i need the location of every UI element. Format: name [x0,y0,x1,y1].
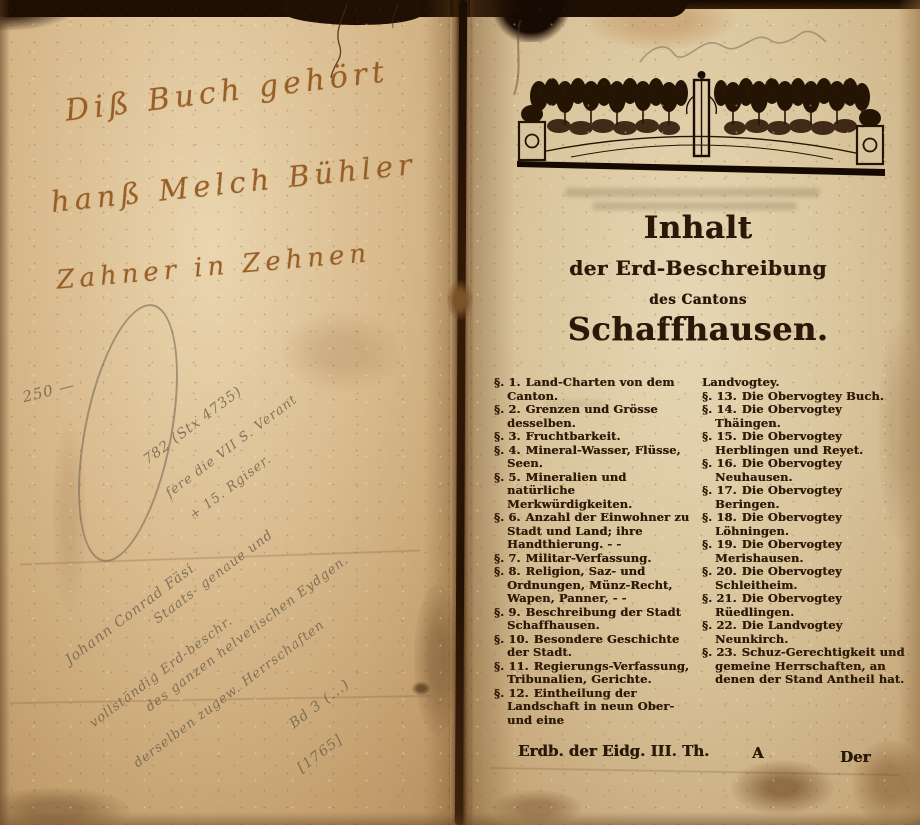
toc-entry-number: §. 10. [494,632,529,646]
toc-entry-text: Beschreibung der Stadt Schaffhausen. [507,605,681,633]
bleed-through-text [592,202,797,210]
toc-entry-text: Schuz-Gerechtigkeit und gemeine Herrscha… [715,645,905,686]
toc-entry: §. 8.Religion, Saz- und Ordnungen, Münz-… [494,565,694,606]
toc-entry-text: Grenzen und Grösse desselben. [507,402,658,430]
toc-entry: §. 1.Land-Charten von dem Canton. [494,376,694,403]
toc-entry: §. 15.Die Obervogtey Herblingen und Reye… [702,430,908,457]
toc-entry-text: Mineralien und natürliche Merkwürdigkeit… [507,470,632,511]
footer-edition-abbreviation: Erdb. der Eidg. III. Th. [518,742,709,760]
toc-entry-number: §. 19. [702,537,737,551]
page-title-inhalt: Inhalt [480,210,916,246]
toc-entry: §. 3.Fruchtbarkeit. [494,430,694,444]
toc-entry: §. 21.Die Obervogtey Rüedlingen. [702,592,908,619]
toc-entry-number: §. 13. [702,389,737,403]
toc-entry-number: §. 3. [494,429,521,443]
toc-entry-text: Fruchtbarkeit. [526,429,621,443]
toc-entry: §. 7.Militar-Verfassung. [494,552,694,566]
toc-entry-text: Landvogtey. [702,375,779,389]
toc-entry-number: §. 2. [494,402,521,416]
toc-entry-number: §. 16. [702,456,737,470]
toc-entry-number: §. 4. [494,443,521,457]
toc-entry-text: Besondere Geschichte der Stadt. [507,632,679,660]
toc-entry: Landvogtey. [702,376,908,390]
toc-entry-text: Mineral-Wasser, Flüsse, Seen. [507,443,681,471]
toc-entry-text: Religion, Saz- und Ordnungen, Münz-Recht… [507,564,672,605]
toc-entry-number: §. 17. [702,483,737,497]
toc-entry: §. 6.Anzahl der Einwohner zu Stadt und L… [494,511,694,552]
toc-entry-text: Regierungs-Verfassung, Tribunalien, Geri… [507,659,689,687]
toc-entry: §. 16.Die Obervogtey Neuhausen. [702,457,908,484]
book-scan: Diß Buch gehört hanß Melch Bühler Zahner… [0,0,920,825]
page-title-schaffhausen: Schaffhausen. [480,310,916,348]
footer-signature-mark: A [752,744,764,762]
toc-entry-number: §. 7. [494,551,521,565]
page-title-erdbeschreibung: der Erd-Beschreibung [480,256,916,280]
woodcut-fountain [687,71,717,156]
toc-entry: §. 20.Die Obervogtey Schleitheim. [702,565,908,592]
toc-entry-number: §. 18. [702,510,737,524]
toc-entry-number: §. 11. [494,659,529,673]
toc-entry-number: §. 14. [702,402,737,416]
toc-entry-text: Anzahl der Einwohner zu Stadt und Land; … [507,510,689,551]
toc-entry: §. 18.Die Obervogtey Löhningen. [702,511,908,538]
toc-entry: §. 4.Mineral-Wasser, Flüsse, Seen. [494,444,694,471]
toc-entry-number: §. 23. [702,645,737,659]
toc-entry: §. 17.Die Obervogtey Beringen. [702,484,908,511]
page-title-des-cantons: des Cantons [480,292,916,308]
paper-crack [393,4,398,28]
toc-entry-text: Die Obervogtey Herblingen und Reyet. [715,429,863,457]
toc-entry-text: Die Obervogtey Buch. [742,389,884,403]
toc-entry-number: §. 9. [494,605,521,619]
toc-entry: §. 13.Die Obervogtey Buch. [702,390,908,404]
footer-catchword: Der [840,748,870,766]
toc-entry-number: §. 15. [702,429,737,443]
toc-entry-text: Eintheilung der Landschaft in neun Ober-… [507,686,674,727]
toc-entry: §. 19.Die Obervogtey Merishausen. [702,538,908,565]
toc-entry-number: §. 22. [702,618,737,632]
toc-entry-text: Militar-Verfassung. [526,551,652,565]
toc-column-left: §. 1.Land-Charten von dem Canton. §. 2.G… [494,376,694,727]
toc-entry-number: §. 20. [702,564,737,578]
toc-entry: §. 14.Die Obervogtey Thäingen. [702,403,908,430]
toc-entry: §. 5.Mineralien und natürliche Merkwürdi… [494,471,694,512]
toc-entry-number: §. 21. [702,591,737,605]
toc-entry: §. 11.Regierungs-Verfassung, Tribunalien… [494,660,694,687]
toc-entry: §. 23.Schuz-Gerechtigkeit und gemeine He… [702,646,908,687]
toc-entry-number: §. 12. [494,686,529,700]
toc-entry: §. 22.Die Landvogtey Neunkirch. [702,619,908,646]
garden-woodcut-headpiece [511,64,891,182]
toc-entry-number: §. 8. [494,564,521,578]
toc-entry: §. 10.Besondere Geschichte der Stadt. [494,633,694,660]
toc-entry: §. 12.Eintheilung der Landschaft in neun… [494,687,694,728]
toc-entry: §. 9.Beschreibung der Stadt Schaffhausen… [494,606,694,633]
toc-entry-number: §. 6. [494,510,521,524]
toc-entry-text: Land-Charten von dem Canton. [507,375,675,403]
woodcut-baseline [517,161,885,176]
pencil-scrawl [640,31,826,62]
toc-entry-number: §. 5. [494,470,521,484]
woodcut-trees [530,78,870,113]
bleed-through-text [565,188,820,197]
toc-entry-number: §. 1. [494,375,521,389]
toc-column-right: Landvogtey. §. 13.Die Obervogtey Buch. §… [702,376,908,687]
toc-entry: §. 2.Grenzen und Grösse desselben. [494,403,694,430]
